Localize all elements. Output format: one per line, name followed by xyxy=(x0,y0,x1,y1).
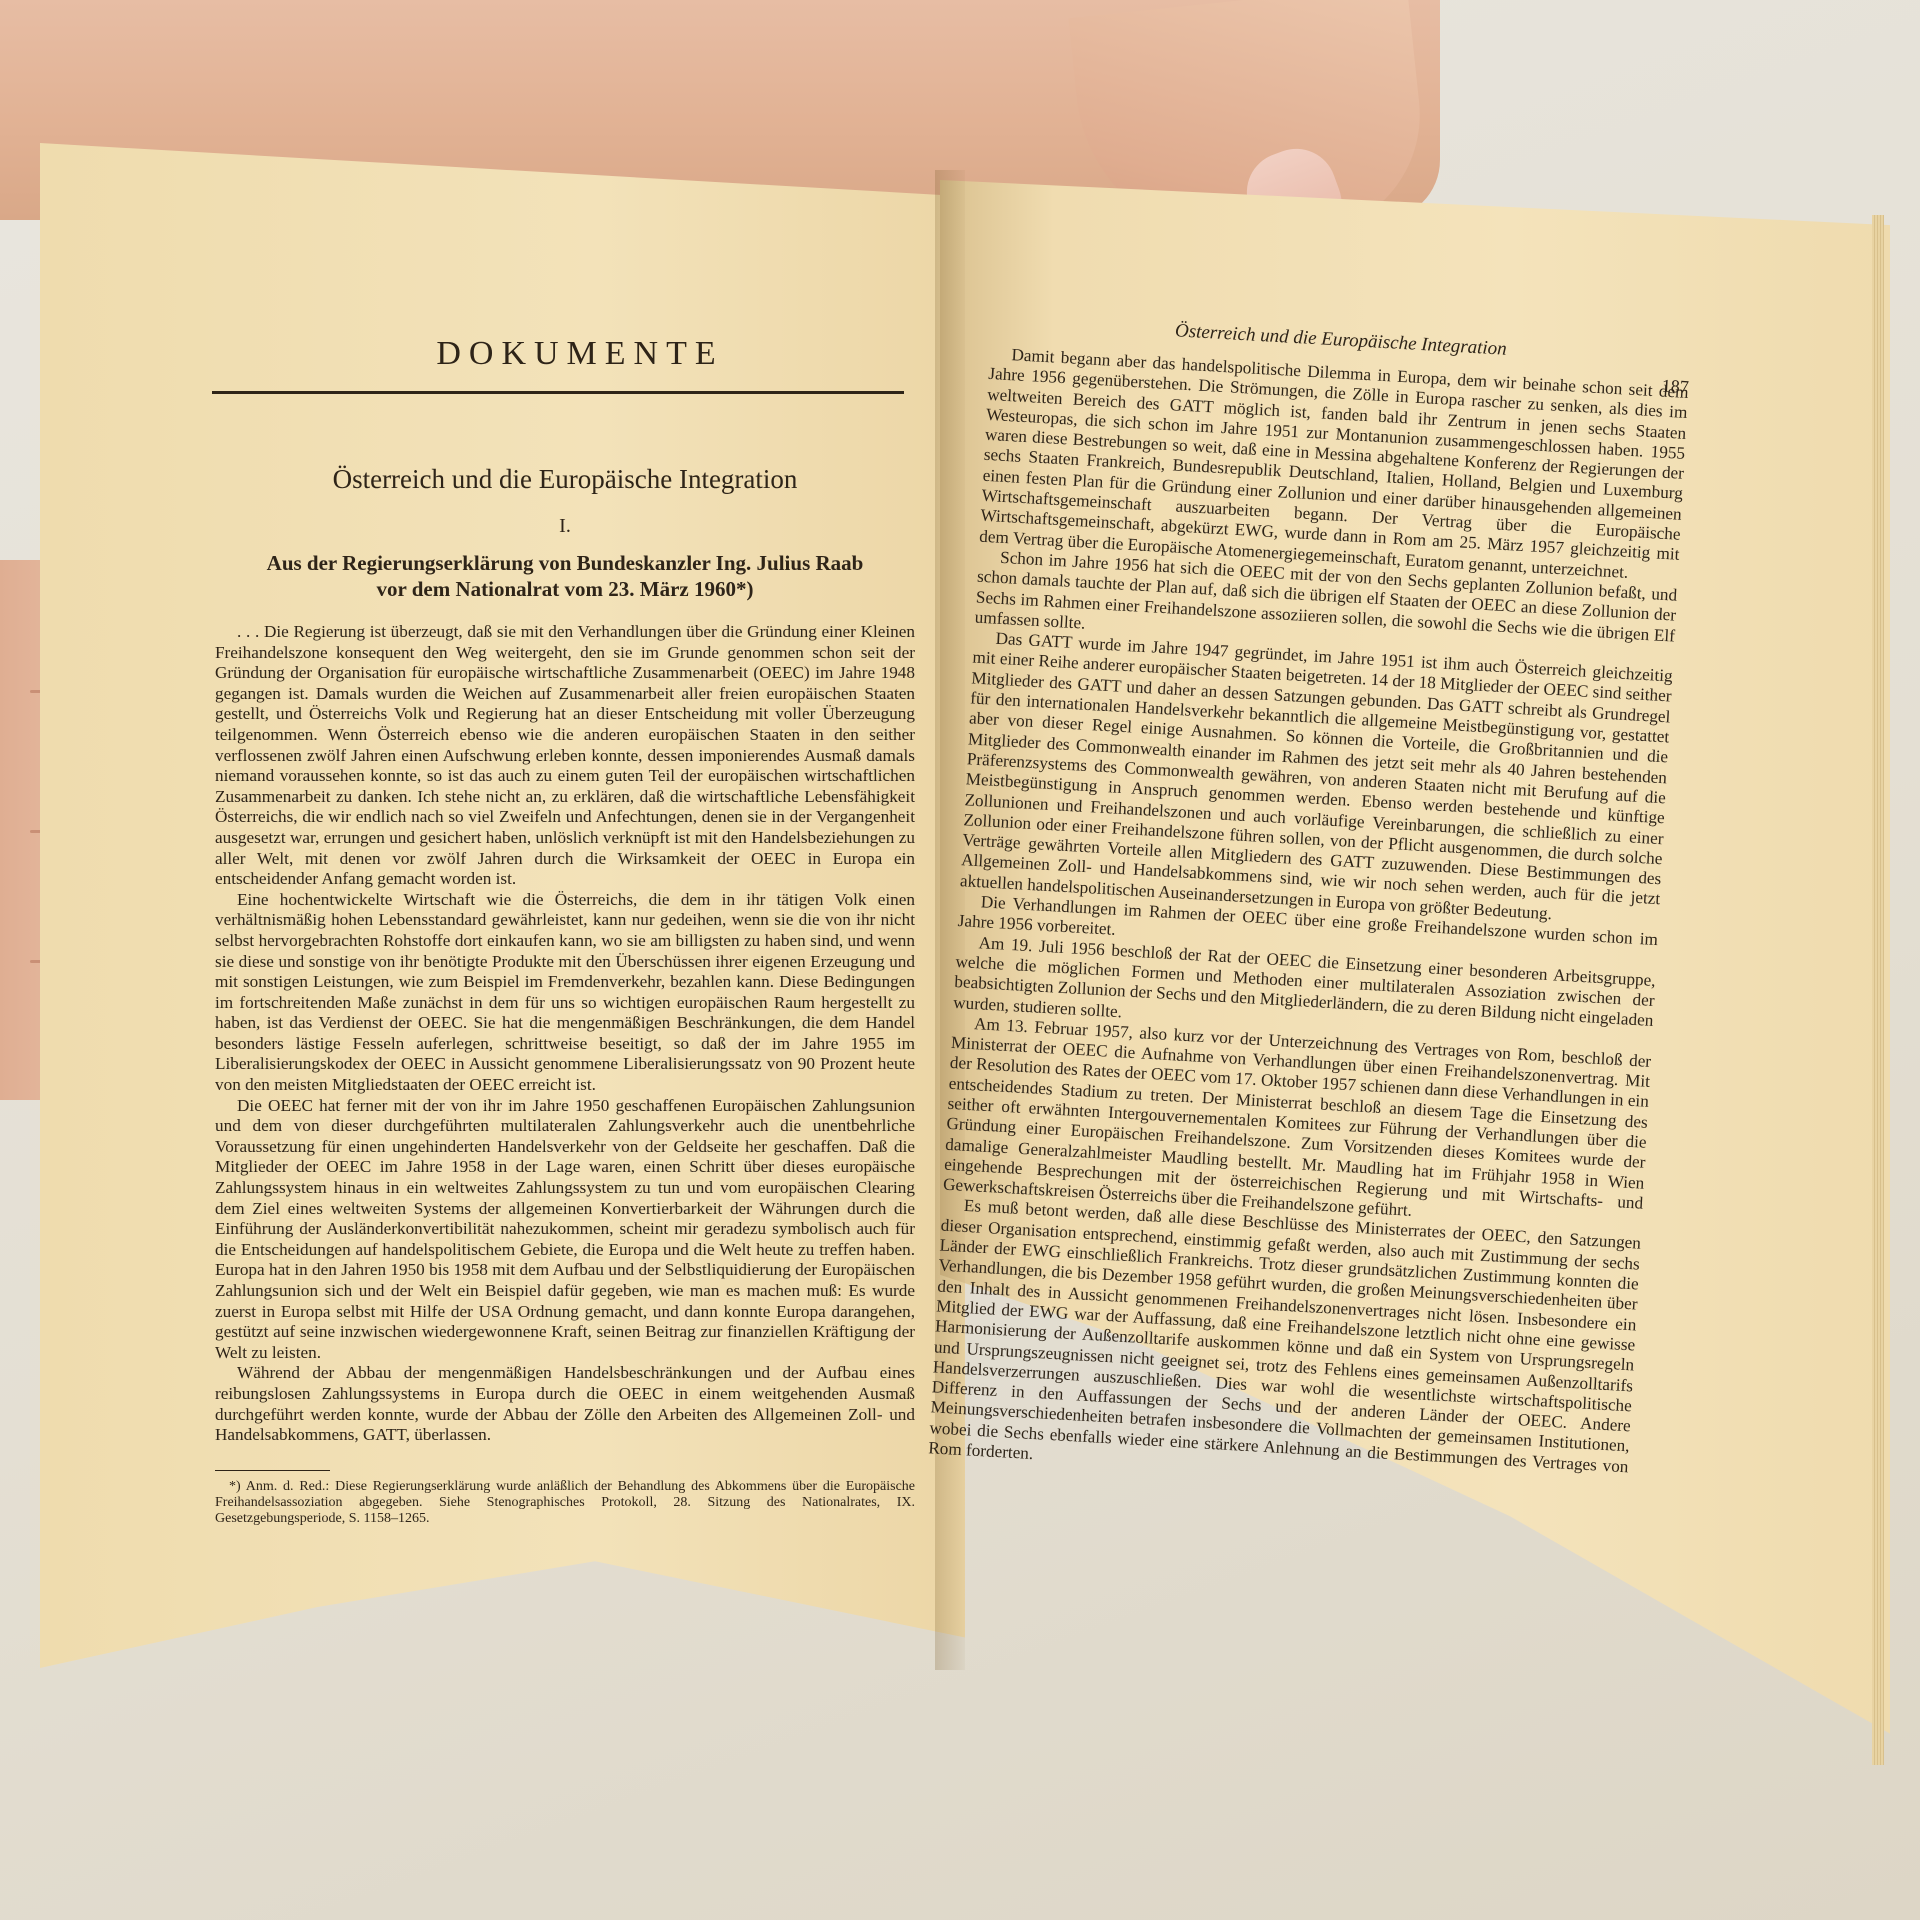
paragraph: Die OEEC hat ferner mit der von ihr im J… xyxy=(215,1096,915,1364)
footnote-rule xyxy=(215,1470,330,1471)
paragraph: . . . Die Regierung ist überzeugt, daß s… xyxy=(215,622,915,890)
footnote: *) Anm. d. Red.: Diese Regierungserkläru… xyxy=(215,1479,915,1527)
section-number: I. xyxy=(215,515,915,538)
article-subtitle: Aus der Regierungserklärung von Bundeska… xyxy=(215,550,915,602)
right-body-text: Damit begann aber das handelspolitische … xyxy=(928,344,1689,1498)
section-heading: DOKUMENTE xyxy=(245,335,915,373)
right-page-content: Österreich und die Europäische Integrati… xyxy=(928,310,1691,1498)
paragraph: Damit begann aber das handelspolitische … xyxy=(979,344,1689,586)
subtitle-line: Aus der Regierungserklärung von Bundeska… xyxy=(215,550,915,576)
article-title: Österreich und die Europäische Integrati… xyxy=(215,464,915,495)
paragraph: Das GATT wurde im Jahre 1947 gegründet, … xyxy=(960,628,1674,931)
heading-rule xyxy=(212,391,904,394)
left-body-text: . . . Die Regierung ist überzeugt, daß s… xyxy=(215,622,915,1446)
page-number: 187 xyxy=(1661,376,1689,398)
paragraph: Eine hochentwickelte Wirtschaft wie die … xyxy=(215,890,915,1096)
paragraph: Es muß betont werden, daß alle diese Bes… xyxy=(928,1195,1642,1498)
subtitle-line: vor dem Nationalrat vom 23. März 1960*) xyxy=(215,576,915,602)
left-page-content: DOKUMENTE Österreich und die Europäische… xyxy=(215,335,915,1527)
page-stack-edge xyxy=(1872,215,1884,1765)
paragraph: Während der Abbau der mengenmäßigen Hand… xyxy=(215,1363,915,1445)
